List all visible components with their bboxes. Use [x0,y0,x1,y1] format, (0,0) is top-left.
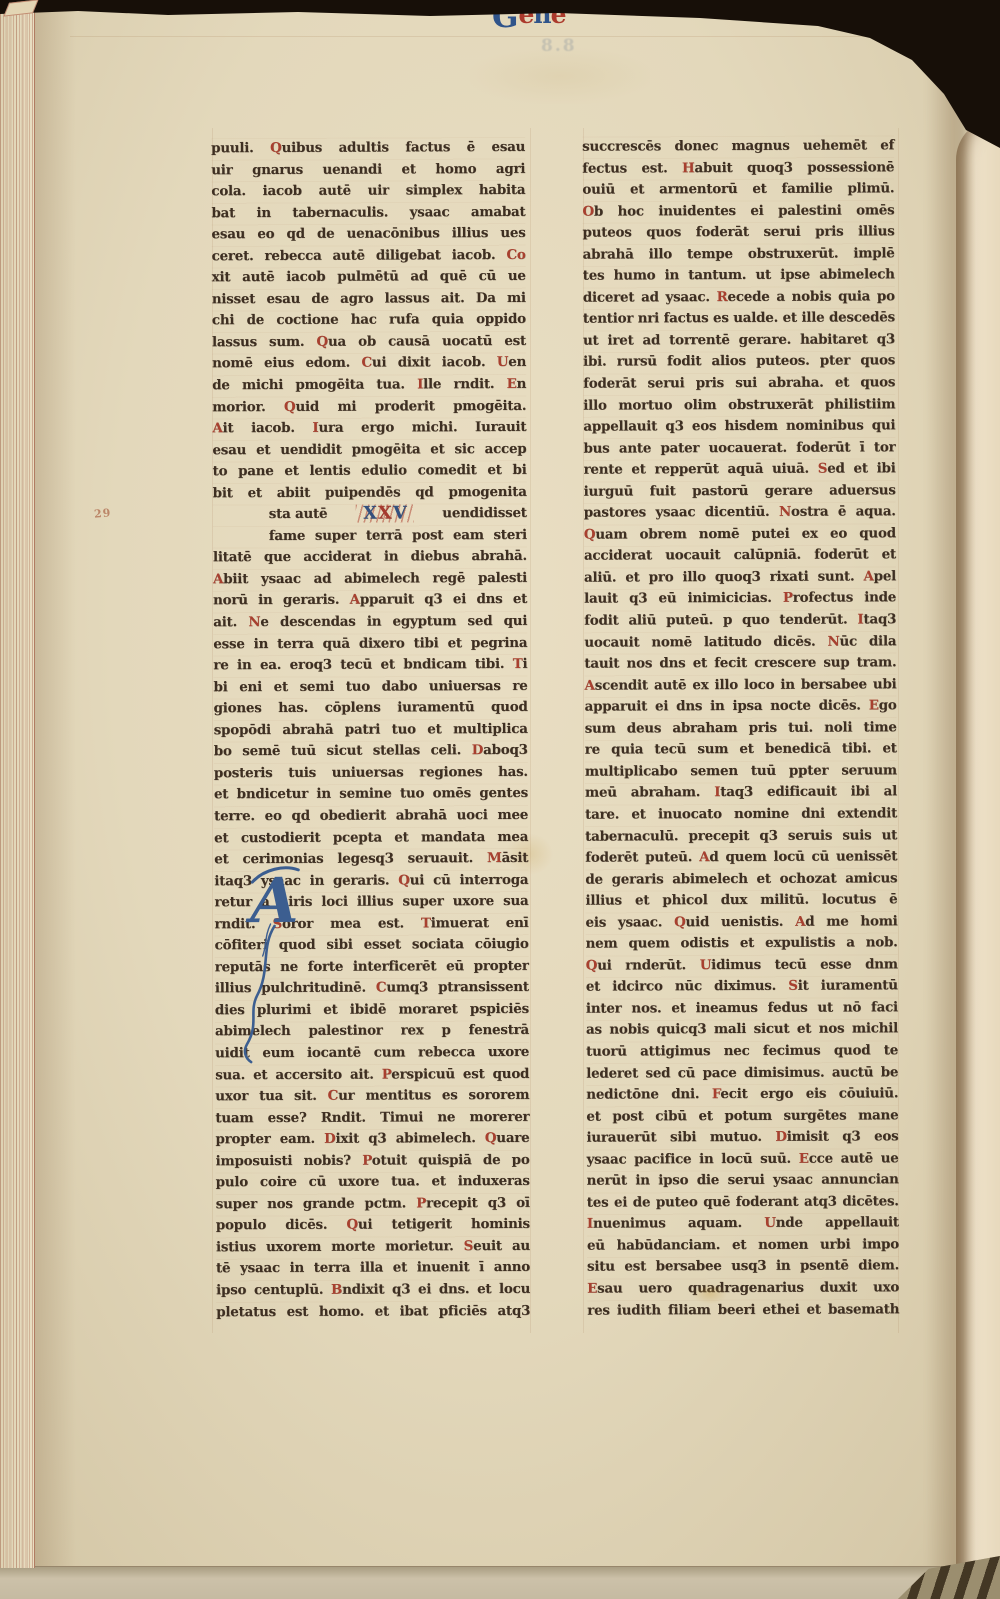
text-line: et idcirco nūc diximus. Sit iuramentū [586,976,898,999]
text-line: giones has. cōplens iuramentū quod [214,697,528,720]
text-line: et custodierit pcepta et mandata mea [214,826,528,849]
lower-pages-edge [0,1566,1000,1599]
text-line: bit et abiit puipendēs qd pmogenita [213,482,527,505]
text-line: Quam obrem nomē putei ex eo quod [584,523,896,546]
text-line: posteris tuis uniuersas regiones has. [214,762,528,785]
text-line: res iudith filiam beeri ethei et basemat… [587,1299,899,1322]
text-line: bat in tabernaculis. ysaac amabat [211,202,525,225]
text-line: sum deus abraham pris tui. noli time [585,717,897,740]
text-line: Inuenimus aquam. Unde appellauit [587,1213,899,1236]
text-line: aliū. et pro illo quoq3 rixati sunt. Ape… [584,566,896,589]
text-line: pletatus est homo. et ibat pficiēs atq3 [216,1300,530,1323]
text-line: fectus est. Habuit quoq3 possessionē [582,157,894,180]
text-column-right: succrescēs donec magnus uehemēt effectus… [582,135,899,1321]
text-line: de geraris abimelech et ochozat amicus [585,868,897,891]
text-line: Qui rnderūt. Uidimus tecū esse dnm [586,954,898,977]
text-line: iurguū fuit pastorū gerare aduersus [584,480,896,503]
text-line: super nos grande pctm. Precepit q3 oī [216,1193,530,1216]
text-line: morior. Quid mi proderit pmogēita. [212,395,526,418]
text-line: nisset esau de agro lassus ait. Da mi [212,288,526,311]
text-line: lauit q3 eū inimicicias. Profectus inde [584,588,896,611]
text-line: Abiit ysaac ad abimelech regē palesti [213,568,527,591]
displaced-word: uendidisset [442,503,527,525]
parchment-stain [693,1284,727,1304]
chapter-number-XXV: XXV [356,505,413,523]
chapter-opening-text: sta autē [269,504,328,526]
text-line: ceret. rebecca autē diligebat iacob. Co [212,245,526,268]
text-line: Ascendit autē ex illo loco in bersabee u… [584,674,896,697]
text-line: illius et phicol dux militū. locutus ē [585,889,897,912]
text-line: diceret ad ysaac. Recede a nobis quia po [583,286,895,309]
text-line: nem quem odistis et expulistis a nob. [586,933,898,956]
chapter-opening-line1: sta autē XXV uendidisset [269,503,527,526]
text-line: re quia tecū sum et benedicā tibi. et [585,739,897,762]
text-line: ibi. rursū fodit alios puteos. pter quos [583,351,895,374]
text-line: xit autē iacob pulmētū ad quē cū ue [212,266,526,289]
text-line: tes humo in tantum. ut ipse abimelech [583,265,895,288]
text-line: esau eo qd de uenacōnibus illius ues [211,223,525,246]
text-line: eis ysaac. Quid uenistis. Ad me homi [585,911,897,934]
text-line: et post cibū et potum surgētes mane [586,1105,898,1128]
manuscript-photo: 8.8 Gene 29 puuli. Quibus adultis factus… [0,0,1000,1599]
text-line: tes ei de puteo quē foderant atq3 dicēte… [587,1191,899,1214]
text-line: re in ea. eroq3 tecū et bndicam tibi. Ti [213,654,527,677]
text-line: meū abraham. Itaq3 edificauit ibi al [585,782,897,805]
text-line: esau et uendidit pmogēita et sic accep [212,439,526,462]
text-line: eū habūdanciam. et nomen urbi impo [587,1234,899,1257]
text-line: uxor tua sit. Cur mentitus es sororem [215,1085,529,1108]
column-right-lines: succrescēs donec magnus uehemēt effectus… [582,135,899,1321]
chapter-opening: A sta autē XXV uendidisset fame super te… [269,503,527,547]
text-line: illo mortuo olim obstruxerāt philistiim [583,394,895,417]
text-line: Esau uero quadragenarius duxit uxo [587,1277,899,1300]
text-line: tuam esse? Rndit. Timui ne morerer [215,1106,529,1129]
text-line: iurauerūt sibi mutuo. Dimisit q3 eos [586,1126,898,1149]
text-line: situ est bersabee usq3 in psentē diem. [587,1256,899,1279]
text-line: uir gnarus uenandi et homo agri [211,158,525,181]
text-line: esse in terra quā dixero tibi et pegrina [213,632,527,655]
text-line: lassus sum. Qua ob causā uocatū est [212,331,526,354]
text-line: pastores ysaac dicentiū. Nostra ē aqua. [584,502,896,525]
text-line: inter nos. et ineamus fedus ut nō faci [586,997,898,1020]
chapter-opening-line2: fame super terrā post eam steri [269,525,527,548]
text-column-left: puuli. Quibus adultis factus ē esauuir g… [211,137,530,1323]
left-page-stack-edges [0,6,35,1568]
text-line: Ait iacob. Iura ergo michi. Iurauit [212,417,526,440]
text-line: istius uxorem morte morietur. Seuit au [216,1236,530,1259]
text-line: rente et repperūt aquā uiuā. Sed et ibi [584,458,896,481]
text-line: litatē que acciderat in diebus abrahā. [213,546,527,569]
text-block: puuli. Quibus adultis factus ē esauuir g… [0,0,1000,1599]
text-line: uocauit nomē latitudo dicēs. Nūc dila [584,631,896,654]
text-line: et bndicetur in semine tuo omēs gentes [214,783,528,806]
text-line: norū in geraris. Apparuit q3 ei dns et [213,589,527,612]
text-line: tentior nri factus es ualde. et ille des… [583,308,895,331]
text-line: nomē eius edom. Cui dixit iacob. Uen [212,352,526,375]
text-line: ouiū et armentorū et familie plimū. [582,178,894,201]
text-line: foderēt puteū. Ad quem locū cū uenissēt [585,846,897,869]
text-line: cola. iacob autē uir simplex habita [211,180,525,203]
text-line: ysaac pacifice in locū suū. Ecce autē ue [587,1148,899,1171]
text-line: populo dicēs. Qui tetigerit hominis [216,1214,530,1237]
text-line: puuli. Quibus adultis factus ē esau [211,137,525,160]
text-line: spopōdi abrahā patri tuo et multiplica [214,719,528,742]
text-line: abrahā illo tempe obstruxerūt. implē [583,243,895,266]
text-line: ut iret ad torrentē gerare. habitaret q3 [583,329,895,352]
text-line: to pane et lentis edulio comedit et bi [213,460,527,483]
svg-text:A: A [245,864,298,937]
colored-letter: X [378,505,391,523]
text-line: nedictōne dni. Fecit ergo eis cōuiuiū. [586,1083,898,1106]
text-line: apparuit ei dns in ipsa nocte dicēs. Ego [585,695,897,718]
text-line: bus ante pater uocauerat. foderūt ī tor [583,437,895,460]
text-line: pulo coire cū uxore tua. et induxeras [216,1171,530,1194]
text-line: tauit nos dns et fecit crescere sup tram… [584,652,896,675]
text-line: acciderat uocauit calūpniā. foderūt et [584,545,896,568]
text-line: tabernaculū. precepit q3 seruis suis ut [585,825,897,848]
text-line: tare. et inuocato nomine dni extendit [585,803,897,826]
colored-letter: X [363,505,376,523]
text-line: puteos quos foderāt serui pris illius [582,221,894,244]
text-line: bi eni et semi tuo dabo uniuersas re [213,676,527,699]
text-line: tē ysaac in terra illa et inuenit ī anno [216,1257,530,1280]
illuminated-initial-A: A [240,862,329,1072]
text-line: foderāt serui pris sui abraha. et quos [583,372,895,395]
text-line: bo semē tuū sicut stellas celi. Daboq3 [214,740,528,763]
text-line: as nobis quicq3 mali sicut et nos michil [586,1019,898,1042]
text-line: de michi pmogēita tua. Ille rndit. En [212,374,526,397]
text-line: Ob hoc inuidentes ei palestini omēs [582,200,894,223]
text-line: terre. eo qd obedierit abrahā uoci mee [214,805,528,828]
column-left-before-initial: puuli. Quibus adultis factus ē esauuir g… [211,137,527,505]
text-line: propter eam. Dixit q3 abimelech. Quare [215,1128,529,1151]
text-line: ipso centuplū. Bndixit q3 ei dns. et loc… [216,1279,530,1302]
text-line: appellauit q3 eos hisdem nominibus qui [583,415,895,438]
text-line: succrescēs donec magnus uehemēt ef [582,135,894,158]
text-line: fodit aliū puteū. p quo tenderūt. Itaq3 [584,609,896,632]
text-line: ait. Ne descendas in egyptum sed qui [213,611,527,634]
text-line: imposuisti nobis? Potuit quispiā de po [216,1150,530,1173]
colored-letter: V [393,505,406,523]
text-line: multiplicabo semen tuū ppter seruum [585,760,897,783]
text-line: chi de coctione hac rufa quia oppido [212,309,526,332]
text-line: lederet sed cū pace dimisimus. auctū be [586,1062,898,1085]
text-line: nerūt in ipso die serui ysaac annuncian [587,1170,899,1193]
text-line: tuorū attigimus nec fecimus quod te [586,1040,898,1063]
